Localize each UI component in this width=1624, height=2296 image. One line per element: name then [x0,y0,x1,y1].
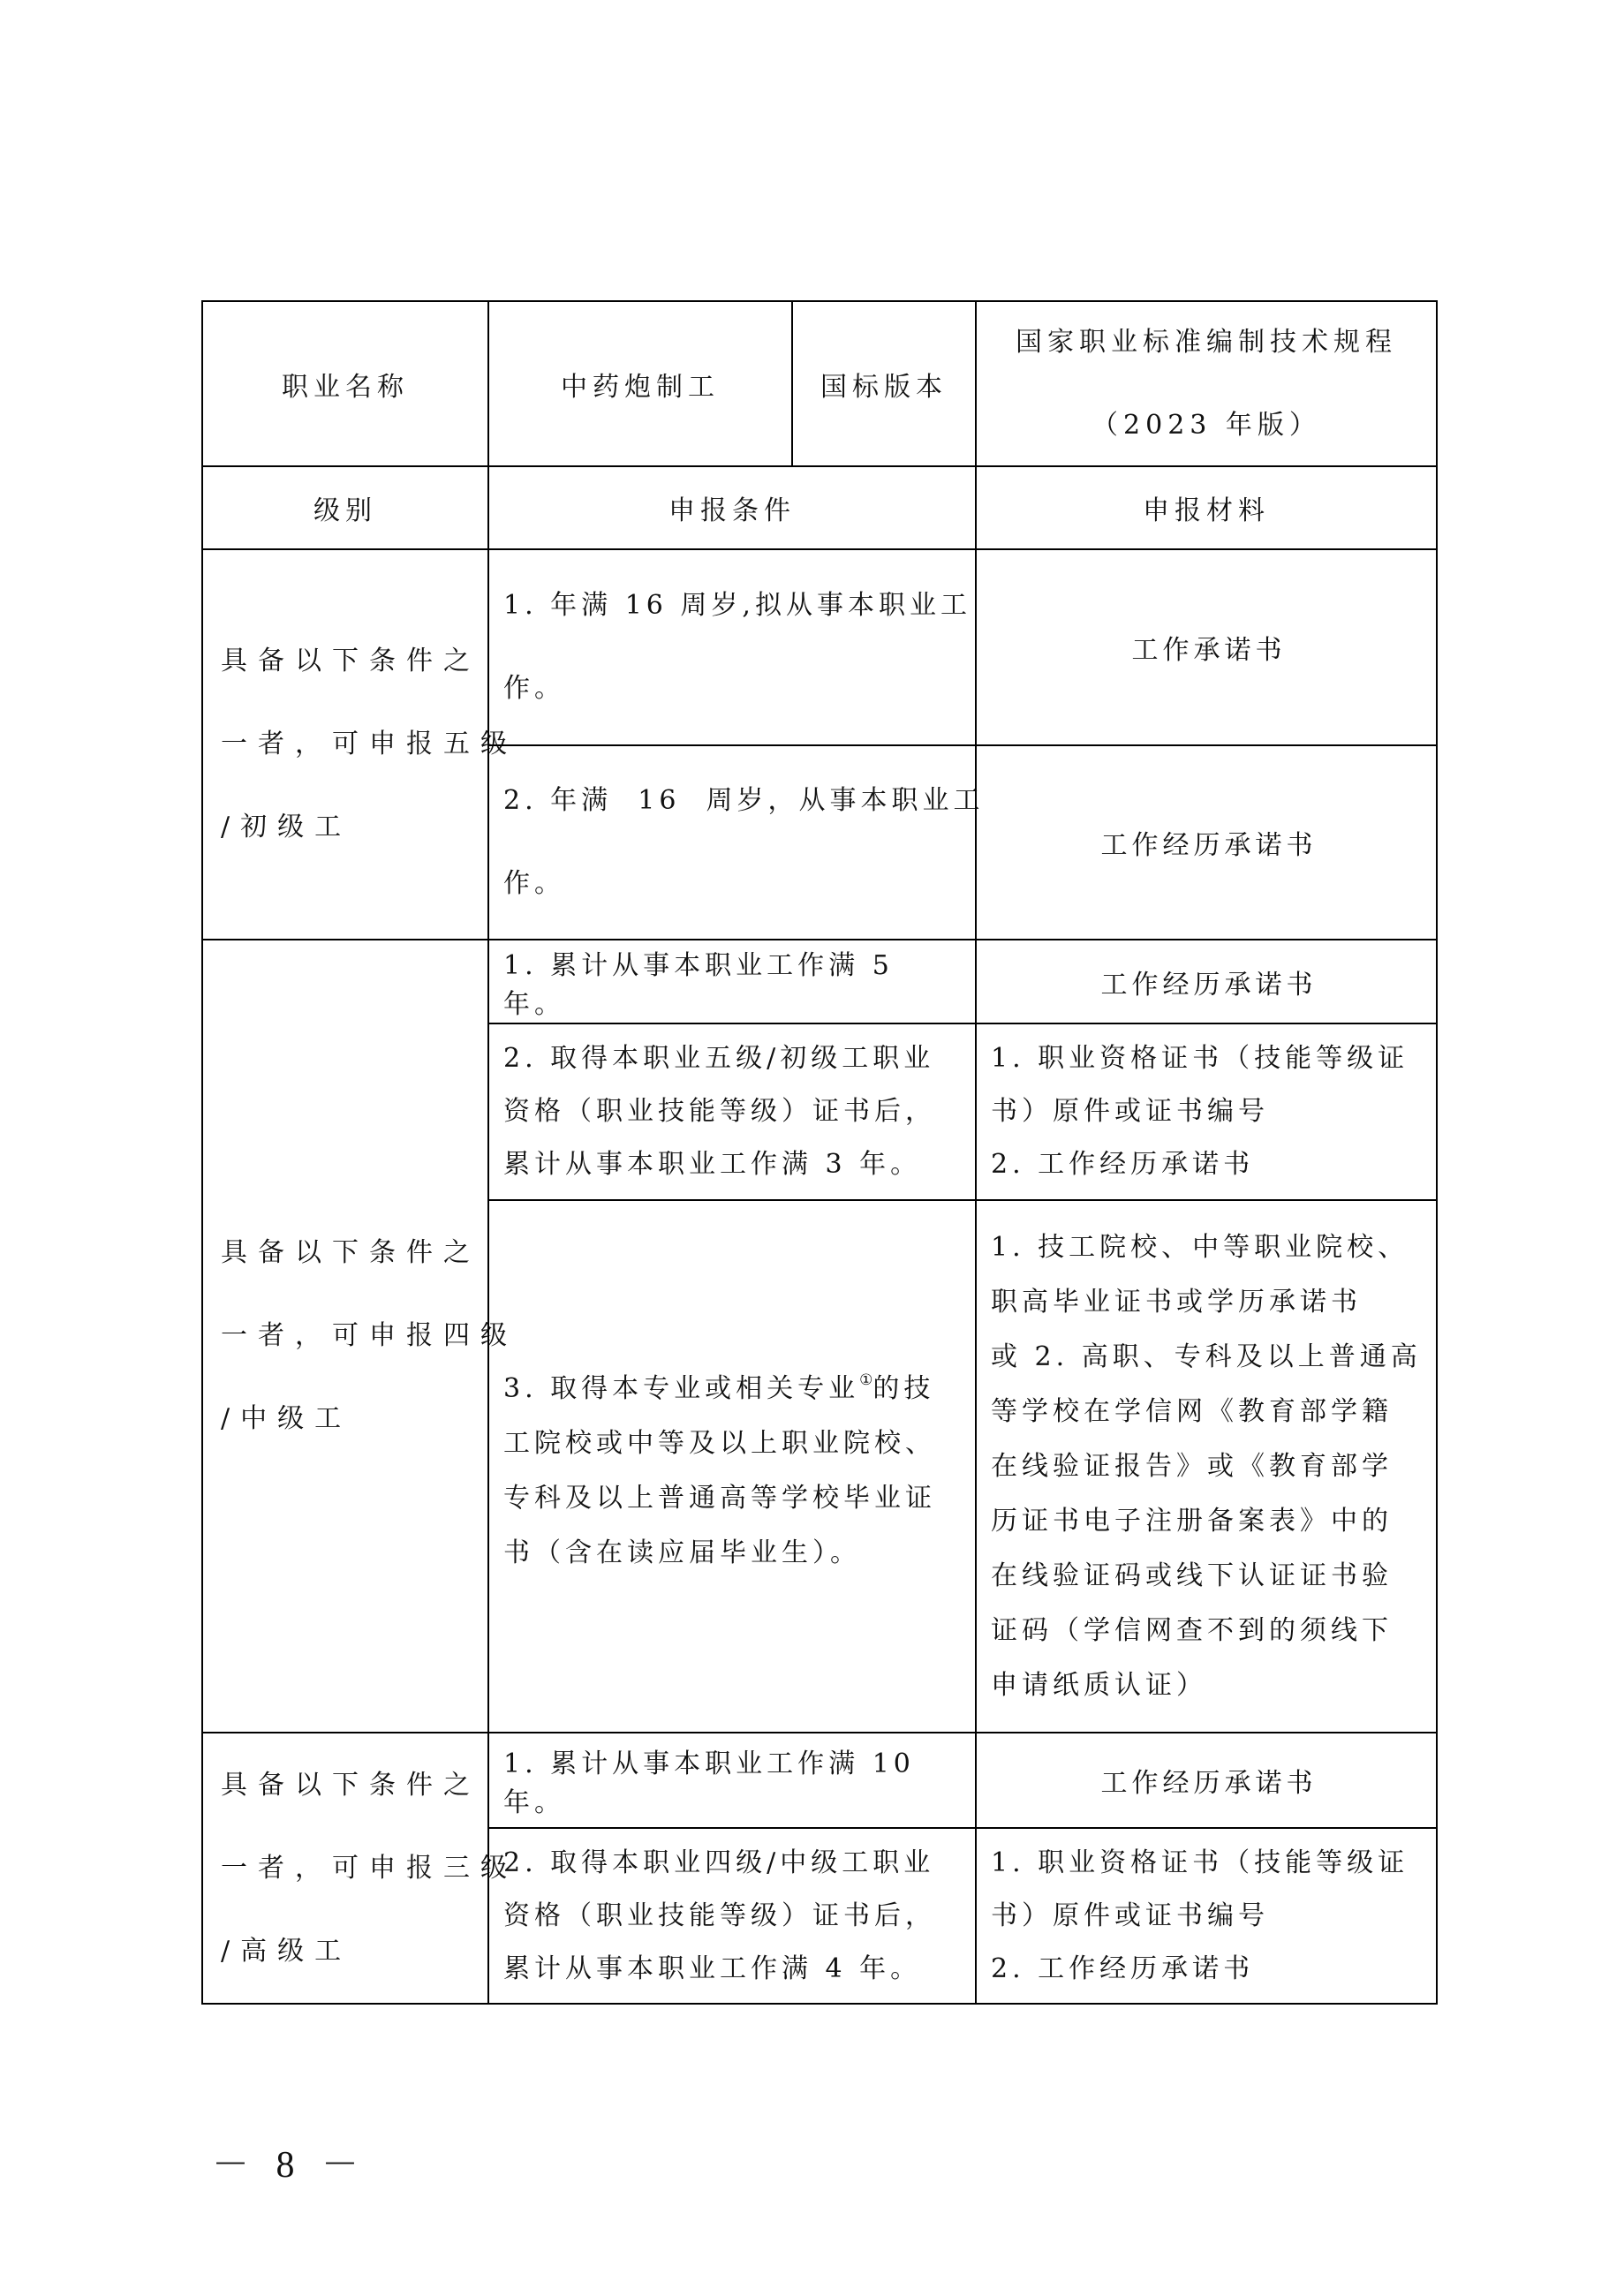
level-3-line2: 一者，可申报三级 [221,1827,517,1910]
material-text: 证码（学信网查不到的须线下 [991,1604,1422,1658]
condition-cell: 2. 取得本职业四级/中级工职业 资格（职业技能等级）证书后， 累计从事本职业工… [487,1827,977,2005]
level-5-line1: 具备以下条件之 [221,620,517,703]
condition-cell: 1. 年满 16 周岁,拟从事本职业工 作。 [487,548,977,746]
standard-label: 国标版本 [820,365,948,404]
level-5-line3: /初级工 [221,786,517,869]
occupation-value-cell: 中药炮制工 [487,300,793,467]
material-cell: 工作经历承诺书 [975,1732,1438,1829]
material-text: 书）原件或证书编号 [991,1085,1409,1138]
material-text: 历证书电子注册备案表》中的 [991,1494,1422,1549]
condition-cell: 1. 累计从事本职业工作满 5 年。 [487,939,977,1024]
condition-text: 作。 [503,647,971,730]
standard-value-line2: （2023 年版） [1091,384,1321,467]
material-text: 在线验证报告》或《教育部学 [991,1439,1422,1494]
condition-text: 作。 [503,842,984,925]
condition-text-tail: 的技 [872,1373,934,1404]
material-cell: 工作承诺书 [975,548,1438,746]
level-cell-4: 具备以下条件之 一者，可申报四级 /中级工 [201,939,489,1733]
standard-value-cell: 国家职业标准编制技术规程 （2023 年版） [975,300,1438,467]
condition-text: 资格（职业技能等级）证书后， [503,1890,936,1943]
material-text: 工作承诺书 [1132,628,1287,667]
condition-text: 资格（职业技能等级）证书后， [503,1085,936,1138]
occupation-label: 职业名称 [282,365,409,404]
condition-cell: 2. 年满 16 周岁，从事本职业工 作。 [487,744,977,940]
material-text: 2. 工作经历承诺书 [991,1138,1409,1191]
condition-text: 工院校或中等及以上职业院校、 [503,1416,936,1471]
footnote-marker: ① [859,1371,872,1389]
condition-text: 书（含在读应届毕业生）。 [503,1526,936,1581]
column-header-conditions: 申报条件 [487,465,977,550]
occupation-value: 中药炮制工 [561,365,720,404]
level-3-line1: 具备以下条件之 [221,1744,517,1827]
material-text: 书）原件或证书编号 [991,1890,1409,1943]
level-4-line2: 一者，可申报四级 [221,1295,517,1378]
material-text: 申请纸质认证） [991,1658,1422,1713]
condition-cell: 1. 累计从事本职业工作满 10 年。 [487,1732,977,1829]
condition-cell: 2. 取得本职业五级/初级工职业 资格（职业技能等级）证书后， 累计从事本职业工… [487,1023,977,1201]
condition-text: 1. 累计从事本职业工作满 5 年。 [503,943,964,1021]
material-text: 工作经历承诺书 [1101,963,1318,1001]
condition-text: 累计从事本职业工作满 4 年。 [503,1943,936,1996]
material-text: 2. 工作经历承诺书 [991,1943,1409,1996]
material-text: 1. 技工院校、中等职业院校、 [991,1220,1422,1275]
condition-text: 累计从事本职业工作满 3 年。 [503,1138,936,1191]
level-4-line1: 具备以下条件之 [221,1212,517,1295]
material-text: 工作经历承诺书 [1101,1761,1318,1800]
level-header: 级别 [313,488,377,527]
condition-text: 2. 取得本职业四级/中级工职业 [503,1837,936,1890]
level-3-line3: /高级工 [221,1910,517,1993]
page-number: － 8 － [212,2135,367,2188]
material-cell: 1. 职业资格证书（技能等级证 书）原件或证书编号 2. 工作经历承诺书 [975,1827,1438,2005]
materials-header: 申报材料 [1143,488,1270,527]
material-cell: 工作经历承诺书 [975,939,1438,1024]
condition-text: 专科及以上普通高等学校毕业证 [503,1471,936,1526]
document-page: 职业名称 中药炮制工 国标版本 国家职业标准编制技术规程 （2023 年版） 级… [0,0,1624,2296]
condition-text: 1. 累计从事本职业工作满 10 年。 [503,1741,964,1819]
standard-value-line1: 国家职业标准编制技术规程 [1016,301,1397,384]
level-4-line3: /中级工 [221,1378,517,1461]
condition-text-main: 3. 取得本专业或相关专业 [503,1373,859,1404]
material-cell: 1. 技工院校、中等职业院校、 职高毕业证书或学历承诺书 或 2. 高职、专科及… [975,1199,1438,1733]
condition-text: 1. 年满 16 周岁,拟从事本职业工 [503,564,971,647]
material-text: 或 2. 高职、专科及以上普通高 [991,1330,1422,1385]
level-cell-3: 具备以下条件之 一者，可申报三级 /高级工 [201,1732,489,2005]
occupation-label-cell: 职业名称 [201,300,489,467]
material-text: 等学校在学信网《教育部学籍 [991,1385,1422,1439]
material-text: 工作经历承诺书 [1101,823,1318,862]
material-text: 1. 职业资格证书（技能等级证 [991,1837,1409,1890]
material-text: 1. 职业资格证书（技能等级证 [991,1032,1409,1085]
level-5-line2: 一者，可申报五级 [221,703,517,786]
conditions-header: 申报条件 [668,488,796,527]
material-cell: 1. 职业资格证书（技能等级证 书）原件或证书编号 2. 工作经历承诺书 [975,1023,1438,1201]
column-header-materials: 申报材料 [975,465,1438,550]
material-text: 在线验证码或线下认证证书验 [991,1549,1422,1604]
material-text: 职高毕业证书或学历承诺书 [991,1275,1422,1330]
level-cell-5: 具备以下条件之 一者，可申报五级 /初级工 [201,548,489,940]
standard-label-cell: 国标版本 [791,300,977,467]
condition-cell: 3. 取得本专业或相关专业①的技 工院校或中等及以上职业院校、 专科及以上普通高… [487,1199,977,1733]
condition-text: 2. 取得本职业五级/初级工职业 [503,1032,936,1085]
condition-text: 2. 年满 16 周岁，从事本职业工 [503,759,984,842]
column-header-level: 级别 [201,465,489,550]
material-cell: 工作经历承诺书 [975,744,1438,940]
condition-text: 3. 取得本专业或相关专业①的技 [503,1353,936,1416]
